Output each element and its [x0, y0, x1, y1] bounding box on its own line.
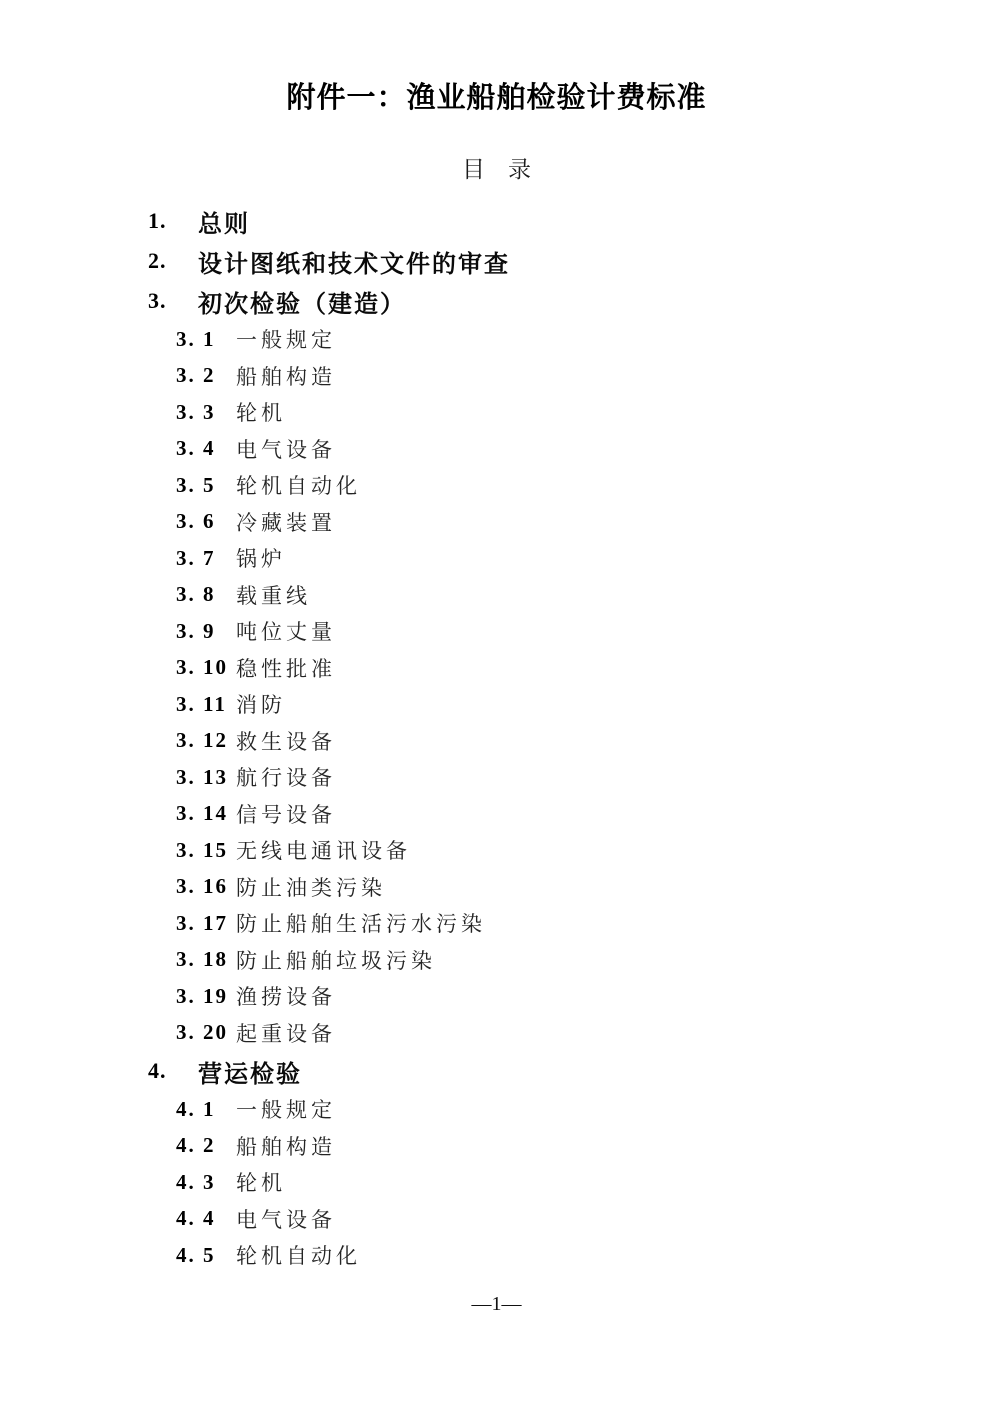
toc-item-number: 4. 3 — [176, 1170, 228, 1195]
toc-item: 3. 7 锅炉 — [148, 540, 933, 577]
toc-item-label: 船舶构造 — [236, 361, 336, 391]
toc-item-number: 3. 7 — [176, 546, 228, 571]
toc-item: 3. 4 电气设备 — [148, 431, 933, 468]
toc-item-label: 渔捞设备 — [236, 981, 336, 1011]
toc-item-label: 防止船舶生活污水污染 — [236, 908, 486, 938]
toc-item-number: 4. — [148, 1058, 198, 1084]
toc-item-number: 3. 19 — [176, 984, 228, 1009]
toc-item-label: 航行设备 — [236, 762, 336, 792]
toc-item-number: 3. 1 — [176, 327, 228, 352]
toc-item: 4. 2 船舶构造 — [148, 1128, 933, 1165]
toc-item-label: 轮机 — [236, 1167, 286, 1197]
toc-item-number: 3. 16 — [176, 874, 228, 899]
toc-item: 3. 14 信号设备 — [148, 796, 933, 833]
toc-item-number: 3. 15 — [176, 838, 228, 863]
toc-item-label: 船舶构造 — [236, 1131, 336, 1161]
toc-item-number: 3. 18 — [176, 947, 228, 972]
toc-item: 3. 10 稳性批准 — [148, 650, 933, 687]
toc-item-label: 稳性批准 — [236, 653, 336, 683]
toc-item-number: 3. 6 — [176, 509, 228, 534]
toc-item: 1. 总则 — [148, 201, 933, 241]
toc-item-number: 2. — [148, 248, 198, 274]
toc-item: 3. 19 渔捞设备 — [148, 978, 933, 1015]
toc-item-number: 3. 3 — [176, 400, 228, 425]
toc-item: 3. 5 轮机自动化 — [148, 467, 933, 504]
toc-heading: 目 录 — [0, 158, 993, 182]
toc-item: 3. 13 航行设备 — [148, 759, 933, 796]
toc-item-number: 3. 10 — [176, 655, 228, 680]
toc-item: 3. 11 消防 — [148, 686, 933, 723]
toc-item: 4. 1 一般规定 — [148, 1091, 933, 1128]
toc-item-number: 4. 5 — [176, 1243, 228, 1268]
page-number: —1— — [0, 1293, 993, 1316]
toc-item: 2. 设计图纸和技术文件的审查 — [148, 241, 933, 281]
toc-item: 3. 20 起重设备 — [148, 1015, 933, 1052]
toc-item-label: 救生设备 — [236, 726, 336, 756]
toc-item: 3. 6 冷藏装置 — [148, 504, 933, 541]
toc-item-label: 信号设备 — [236, 799, 336, 829]
toc-item: 3. 18 防止船舶垃圾污染 — [148, 942, 933, 979]
page-title: 附件一：渔业船舶检验计费标准 — [0, 0, 993, 114]
toc-item-label: 无线电通讯设备 — [236, 835, 411, 865]
toc-item-label: 总则 — [198, 204, 250, 239]
toc-item-number: 3. 8 — [176, 582, 228, 607]
toc-item: 3. 12 救生设备 — [148, 723, 933, 760]
toc-item: 4. 4 电气设备 — [148, 1201, 933, 1238]
toc-item-label: 起重设备 — [236, 1018, 336, 1048]
toc-item-label: 轮机自动化 — [236, 1240, 361, 1270]
toc-item-number: 3. — [148, 288, 198, 314]
toc-item-label: 轮机 — [236, 397, 286, 427]
toc-item-label: 营运检验 — [198, 1054, 302, 1089]
toc-item-number: 4. 1 — [176, 1097, 228, 1122]
toc-item: 3. 9 吨位丈量 — [148, 613, 933, 650]
toc-item-number: 3. 9 — [176, 619, 228, 644]
toc-item-number: 4. 4 — [176, 1206, 228, 1231]
toc-item-label: 电气设备 — [236, 1204, 336, 1234]
toc-item-label: 初次检验（建造） — [198, 284, 406, 319]
toc-item-number: 1. — [148, 208, 198, 234]
toc-item-number: 3. 4 — [176, 436, 228, 461]
toc-item-number: 3. 17 — [176, 911, 228, 936]
toc-item-number: 3. 2 — [176, 363, 228, 388]
toc-item-number: 3. 5 — [176, 473, 228, 498]
toc-item-label: 防止油类污染 — [236, 872, 386, 902]
toc-item-label: 冷藏装置 — [236, 507, 336, 537]
toc-item-number: 4. 2 — [176, 1133, 228, 1158]
document-page: 附件一：渔业船舶检验计费标准 目 录 1. 总则 2. 设计图纸和技术文件的审查… — [0, 0, 993, 1404]
toc-item-number: 3. 13 — [176, 765, 228, 790]
toc-item-label: 轮机自动化 — [236, 470, 361, 500]
toc-item-label: 电气设备 — [236, 434, 336, 464]
toc-item: 4. 3 轮机 — [148, 1164, 933, 1201]
toc-item-number: 3. 11 — [176, 692, 228, 717]
toc-item-label: 消防 — [236, 689, 286, 719]
toc-item-label: 防止船舶垃圾污染 — [236, 945, 436, 975]
toc-list: 1. 总则 2. 设计图纸和技术文件的审查 3. 初次检验（建造） 3. 1 一… — [0, 201, 993, 1274]
toc-item: 3. 3 轮机 — [148, 394, 933, 431]
toc-item-number: 3. 14 — [176, 801, 228, 826]
toc-item: 4. 营运检验 — [148, 1051, 933, 1091]
toc-item: 3. 8 载重线 — [148, 577, 933, 614]
toc-item: 3. 17 防止船舶生活污水污染 — [148, 905, 933, 942]
toc-item-label: 一般规定 — [236, 1094, 336, 1124]
toc-item: 3. 1 一般规定 — [148, 321, 933, 358]
toc-item: 3. 2 船舶构造 — [148, 358, 933, 395]
toc-item: 4. 5 轮机自动化 — [148, 1237, 933, 1274]
toc-item: 3. 15 无线电通讯设备 — [148, 832, 933, 869]
toc-item-number: 3. 12 — [176, 728, 228, 753]
toc-item-label: 吨位丈量 — [236, 616, 336, 646]
toc-item-label: 设计图纸和技术文件的审查 — [198, 244, 510, 279]
toc-item-label: 锅炉 — [236, 543, 286, 573]
toc-item: 3. 16 防止油类污染 — [148, 869, 933, 906]
toc-item-label: 一般规定 — [236, 324, 336, 354]
toc-item-label: 载重线 — [236, 580, 311, 610]
toc-item-number: 3. 20 — [176, 1020, 228, 1045]
toc-item: 3. 初次检验（建造） — [148, 281, 933, 321]
